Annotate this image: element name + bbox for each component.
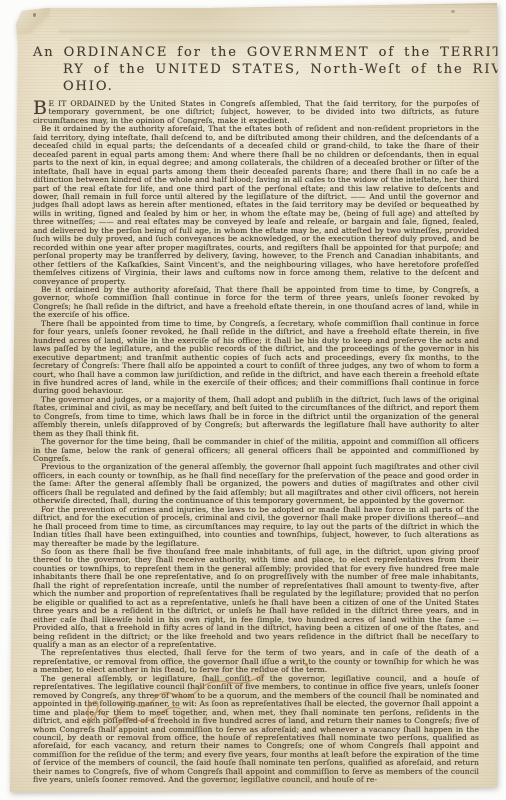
paper-shadow: An ORDINANCE for the GOVERNMENT of the T… (0, 0, 506, 800)
scan-background: An ORDINANCE for the GOVERNMENT of the T… (0, 0, 506, 800)
corner-fold (16, 8, 50, 34)
printed-content: An ORDINANCE for the GOVERNMENT of the T… (33, 44, 479, 785)
stain-speck (451, 10, 455, 13)
paragraph: Previous to the organization of the gene… (33, 463, 479, 505)
title-line-1: An ORDINANCE for the GOVERNMENT of the T… (33, 44, 479, 61)
paragraph: The governor and judges, or a majority o… (33, 396, 479, 438)
document-title: An ORDINANCE for the GOVERNMENT of the T… (33, 44, 479, 95)
paragraph: So ſoon as there ſhall be five thouſand … (33, 548, 479, 649)
document-page: An ORDINANCE for the GOVERNMENT of the T… (0, 0, 506, 800)
paragraph: Be it ordained by the authority aforeſai… (33, 125, 479, 286)
paragraph: For the prevention of crimes and injurie… (33, 506, 479, 548)
paragraph: BE IT ORDAINED by the United States in C… (33, 100, 479, 125)
ordinance-body: BE IT ORDAINED by the United States in C… (33, 100, 479, 785)
paragraph: The general aſſembly, or legiſlature, ſh… (33, 675, 479, 785)
ink-showthrough (70, 39, 450, 42)
paragraph: There ſhall be appointed from time to ti… (33, 320, 479, 396)
title-line-2: RY of the UNITED STATES, North-Weſt of t… (33, 61, 479, 78)
paragraph: The repreſentatives thus elected, ſhall … (33, 649, 479, 674)
title-line-3: OHIO. (33, 78, 479, 95)
paragraph: The governor for the time being, ſhall b… (33, 438, 479, 463)
stain-speck (33, 13, 36, 17)
ink-showthrough (58, 30, 470, 33)
paragraph: Be it ordained by the authority aforeſai… (33, 286, 479, 320)
